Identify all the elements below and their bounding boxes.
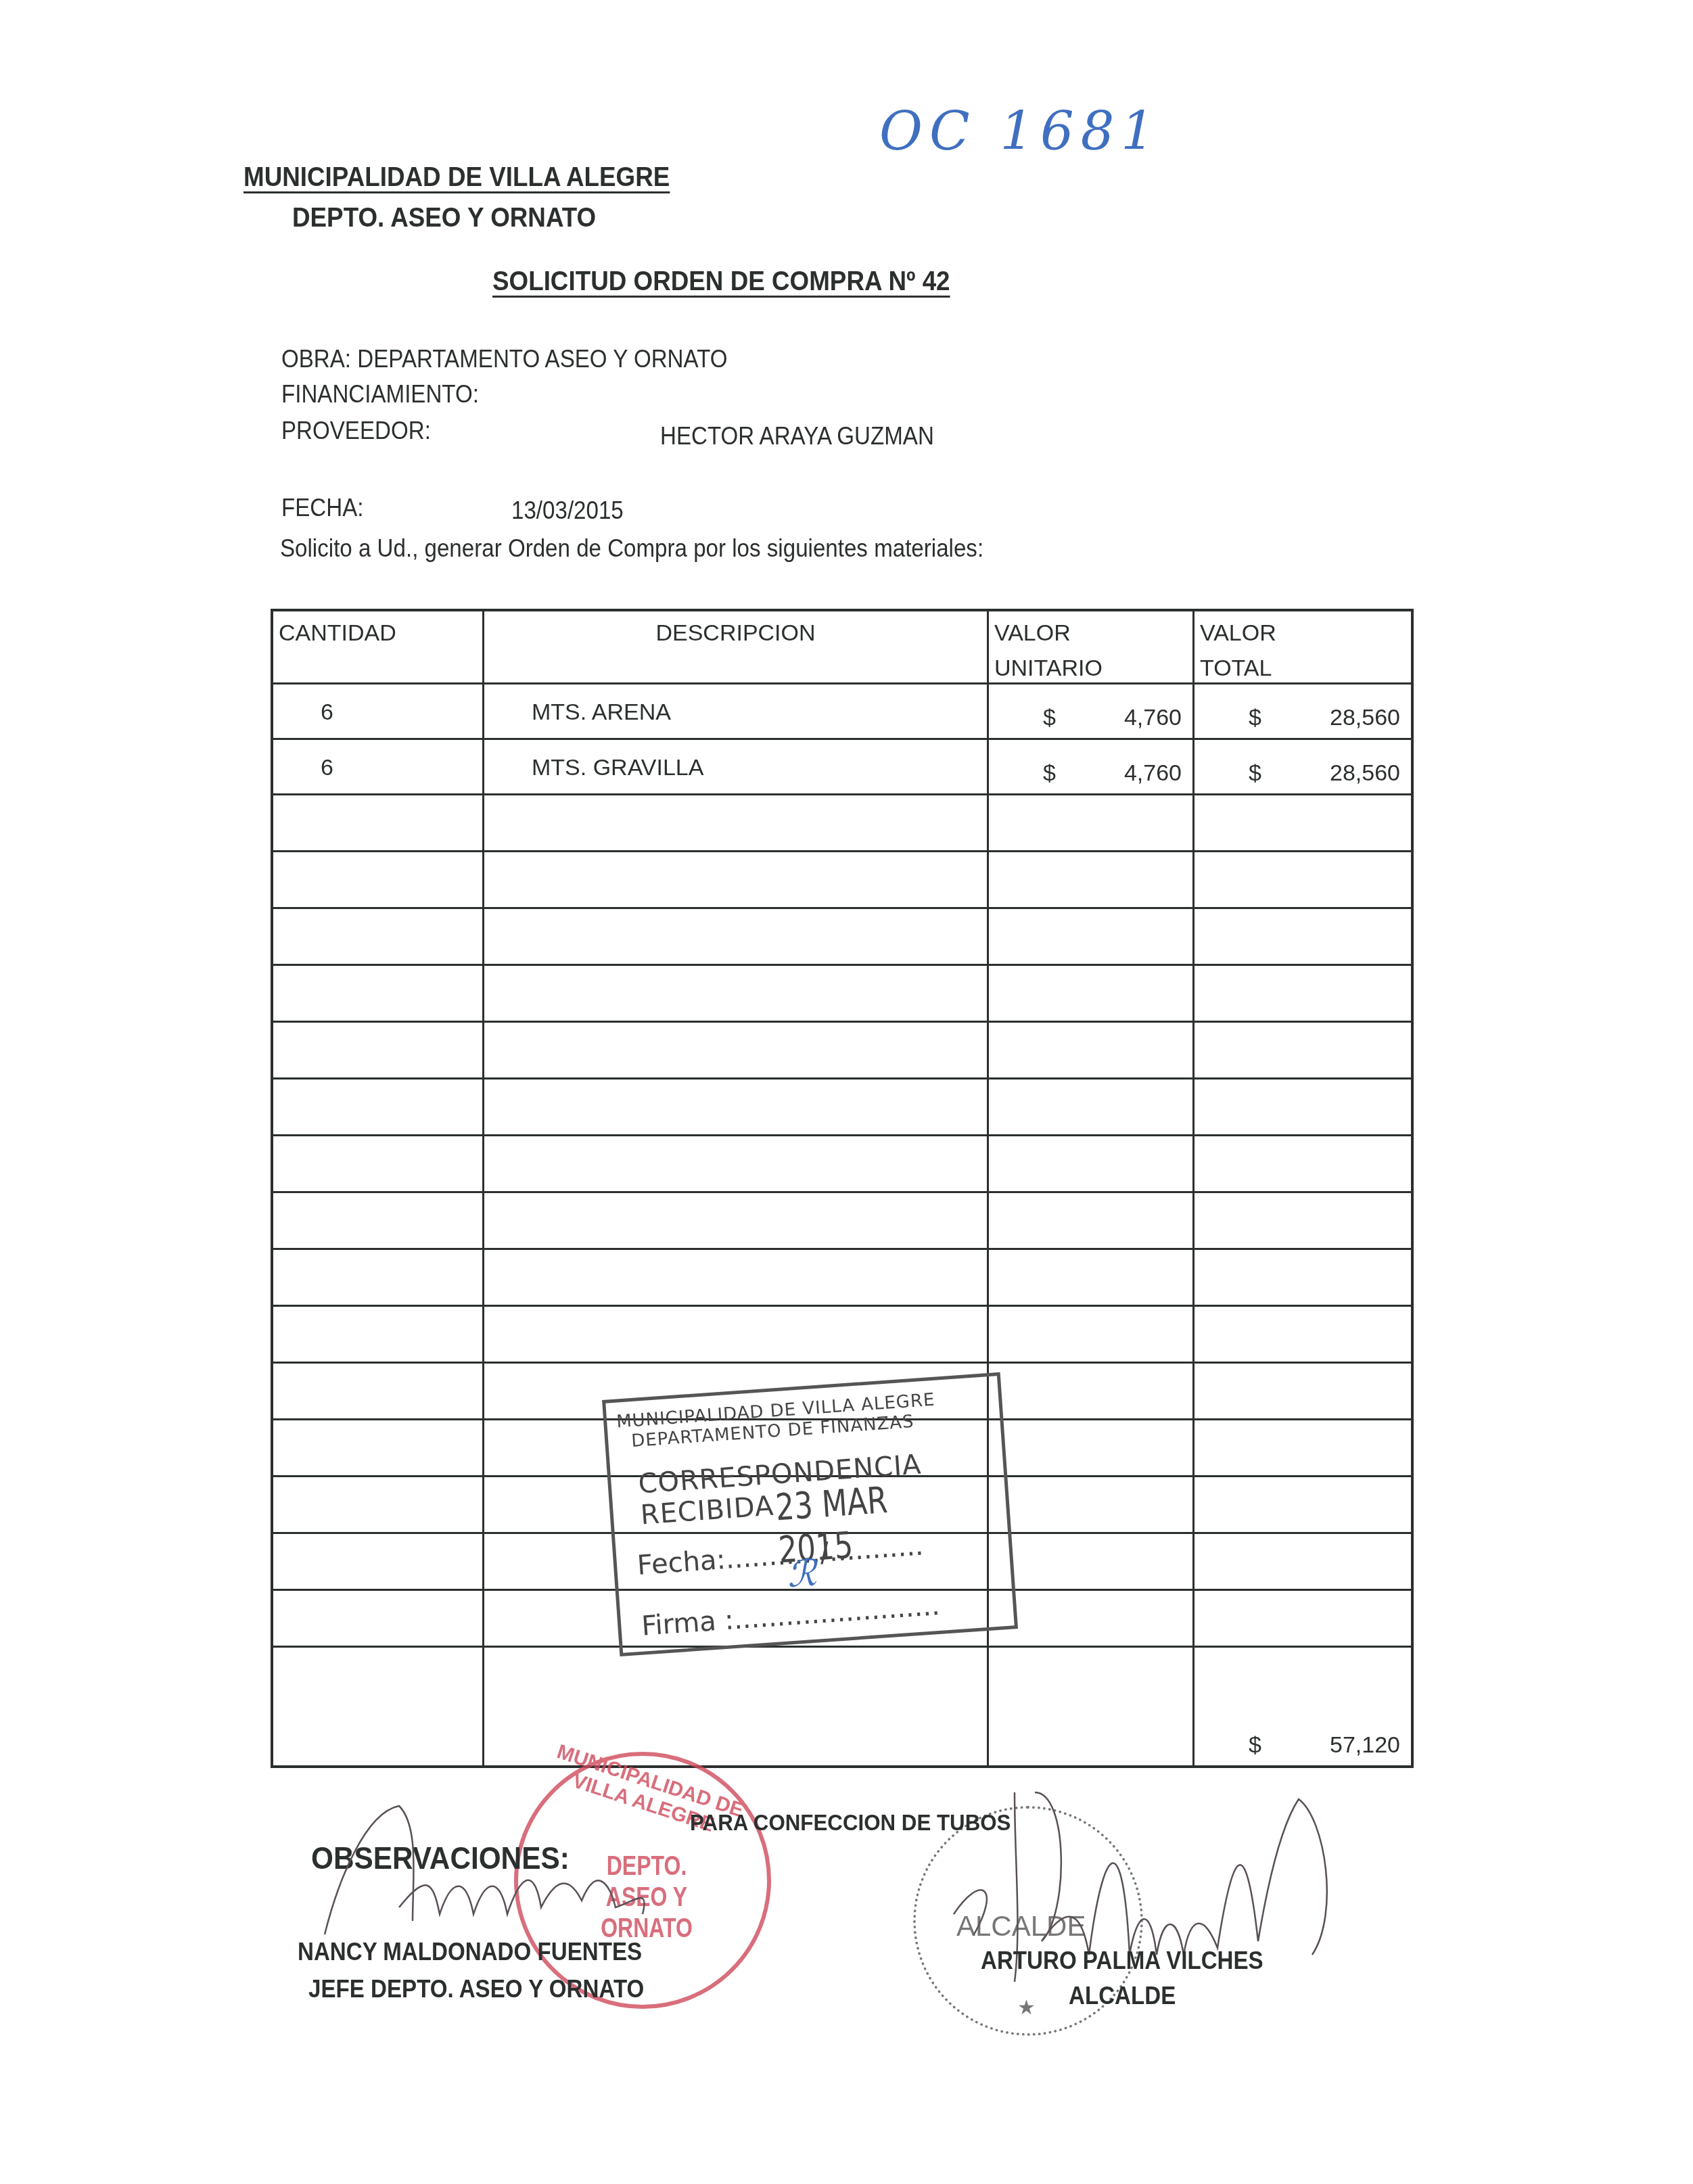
- cell-empty: [273, 1079, 484, 1134]
- table-row: 6 MTS. GRAVILLA $4,760 $28,560: [273, 740, 1411, 795]
- cell-empty: [989, 1023, 1195, 1077]
- cell-empty: [1195, 1364, 1411, 1418]
- stamp-signature-icon: ℛ: [785, 1552, 817, 1596]
- cell-empty: [989, 1307, 1195, 1362]
- table-header-row: CANTIDAD DESCRIPCION VALOR UNITARIO VALO…: [273, 611, 1411, 684]
- cell-empty: [1195, 966, 1411, 1021]
- cell-empty: [1195, 795, 1411, 850]
- table-row-empty: [273, 1307, 1411, 1364]
- cell-empty: [989, 1250, 1195, 1305]
- signatory-1-name: NANCY MALDONADO FUENTES: [298, 1938, 642, 1966]
- cell-empty: [273, 1704, 484, 1765]
- header-valor-unitario: VALOR UNITARIO: [989, 611, 1195, 682]
- cell-empty: [273, 1477, 484, 1532]
- header-valor-total-line2: TOTAL: [1200, 651, 1406, 686]
- cell-valor-unitario: $4,760: [989, 740, 1195, 793]
- fecha-label: FECHA:: [281, 494, 363, 522]
- cell-empty: [1195, 1648, 1411, 1704]
- handwritten-reference-number: OC 1681: [879, 101, 1161, 162]
- cell-empty: [273, 1534, 484, 1589]
- cell-empty: [1195, 1193, 1411, 1248]
- cell-empty: [273, 1250, 484, 1305]
- received-stamp: MUNICIPALIDAD DE VILLA ALEGRE DEPARTAMEN…: [602, 1372, 1018, 1656]
- cell-empty: [273, 1307, 484, 1362]
- table-row-empty: [273, 909, 1411, 966]
- row-description: MTS. ARENA: [532, 699, 671, 726]
- cell-empty: [1195, 1477, 1411, 1532]
- cell-empty: [989, 1704, 1195, 1765]
- total-row: $57,120: [273, 1704, 1411, 1765]
- row-quantity: 6: [321, 699, 333, 726]
- cell-empty: [484, 1648, 989, 1704]
- table-row-empty: [273, 852, 1411, 909]
- cell-empty: [273, 1364, 484, 1418]
- star-icon: ★: [1017, 1996, 1036, 2020]
- cell-empty: [989, 909, 1195, 964]
- cell-empty: [484, 909, 989, 964]
- financiamiento-label: FINANCIAMIENTO:: [281, 380, 479, 409]
- currency-symbol: $: [1249, 705, 1261, 731]
- currency-symbol: $: [1249, 1732, 1261, 1759]
- row-unit-price: 4,760: [1124, 760, 1182, 787]
- header-valor-total-line1: VALOR: [1200, 615, 1406, 651]
- cell-empty: [273, 1136, 484, 1191]
- cell-empty: [273, 1420, 484, 1475]
- header-valor-unitario-line2: UNITARIO: [994, 651, 1187, 686]
- header-valor-unitario-line1: VALOR: [994, 615, 1187, 651]
- cell-empty: [989, 1136, 1195, 1191]
- cell-empty: [989, 1648, 1195, 1704]
- proveedor-value: HECTOR ARAYA GUZMAN: [660, 422, 934, 450]
- header-cantidad: CANTIDAD: [273, 611, 484, 682]
- table-row-empty: [273, 1250, 1411, 1307]
- stamp-firma: Firma :........................: [641, 1590, 941, 1642]
- cell-empty: [1195, 1591, 1411, 1646]
- table-row-empty: [273, 966, 1411, 1023]
- cell-empty: [273, 909, 484, 964]
- cell-empty: [484, 1023, 989, 1077]
- obra-value: DEPARTAMENTO ASEO Y ORNATO: [357, 345, 727, 373]
- cell-descripcion: MTS. GRAVILLA: [484, 740, 989, 793]
- cell-empty: [989, 1079, 1195, 1134]
- cell-empty: [1195, 1250, 1411, 1305]
- cell-cantidad: 6: [273, 740, 484, 793]
- table-row-empty: [273, 1023, 1411, 1079]
- signatory-2-name: ARTURO PALMA VILCHES: [981, 1947, 1263, 1975]
- document-title: SOLICITUD ORDEN DE COMPRA Nº 42: [492, 266, 950, 297]
- cell-empty: [1195, 909, 1411, 964]
- cell-empty: [1195, 1136, 1411, 1191]
- cell-empty: [989, 852, 1195, 907]
- currency-symbol: $: [1043, 705, 1056, 731]
- cell-empty: [1195, 1307, 1411, 1362]
- cell-empty: [484, 1250, 989, 1305]
- cell-empty: [484, 852, 989, 907]
- table-row: 6 MTS. ARENA $4,760 $28,560: [273, 684, 1411, 740]
- row-quantity: 6: [321, 755, 333, 781]
- table-row-empty: [273, 1079, 1411, 1136]
- grand-total: 57,120: [1330, 1732, 1400, 1759]
- table-row-empty: [273, 795, 1411, 852]
- organization-name: MUNICIPALIDAD DE VILLA ALEGRE: [243, 162, 670, 193]
- cell-empty: [989, 1193, 1195, 1248]
- cell-empty: [484, 795, 989, 850]
- obra-label: OBRA:: [281, 345, 351, 373]
- cell-empty: [273, 1193, 484, 1248]
- cell-empty: [273, 1023, 484, 1077]
- cell-cantidad: 6: [273, 684, 484, 738]
- cell-empty: [484, 1193, 989, 1248]
- table-row-empty: [273, 1136, 1411, 1193]
- cell-empty: [989, 795, 1195, 850]
- cell-empty: [1195, 1023, 1411, 1077]
- cell-valor-total: $28,560: [1195, 740, 1411, 793]
- cell-grand-total: $57,120: [1195, 1704, 1411, 1765]
- table-row-empty: [273, 1648, 1411, 1704]
- obra-field: OBRA: DEPARTAMENTO ASEO Y ORNATO: [281, 345, 728, 373]
- cell-valor-unitario: $4,760: [989, 684, 1195, 738]
- currency-symbol: $: [1043, 760, 1056, 787]
- cell-empty: [989, 966, 1195, 1021]
- currency-symbol: $: [1249, 760, 1261, 787]
- signatory-2-role: ALCALDE: [1069, 1982, 1176, 2010]
- row-unit-price: 4,760: [1124, 705, 1182, 731]
- cell-empty: [484, 1307, 989, 1362]
- fecha-value: 13/03/2015: [511, 496, 624, 525]
- cell-empty: [484, 1079, 989, 1134]
- header-valor-total: VALOR TOTAL: [1195, 611, 1411, 682]
- cell-empty: [273, 966, 484, 1021]
- cell-empty: [273, 1591, 484, 1646]
- cell-valor-total: $28,560: [1195, 684, 1411, 738]
- cell-empty: [989, 1534, 1195, 1589]
- header-descripcion: DESCRIPCION: [484, 611, 989, 682]
- cell-empty: [1195, 1534, 1411, 1589]
- signature-nancy-icon: [298, 1799, 703, 1948]
- cell-empty: [989, 1591, 1195, 1646]
- cell-empty: [1195, 852, 1411, 907]
- row-total-price: 28,560: [1330, 760, 1400, 787]
- cell-empty: [1195, 1420, 1411, 1475]
- cell-empty: [484, 966, 989, 1021]
- signatory-1-role: JEFE DEPTO. ASEO Y ORNATO: [308, 1975, 644, 2003]
- cell-empty: [989, 1420, 1195, 1475]
- table-row-empty: [273, 1193, 1411, 1250]
- cell-empty: [989, 1477, 1195, 1532]
- row-total-price: 28,560: [1330, 705, 1400, 731]
- proveedor-label: PROVEEDOR:: [281, 417, 431, 445]
- cell-descripcion: MTS. ARENA: [484, 684, 989, 738]
- row-description: MTS. GRAVILLA: [532, 755, 703, 781]
- cell-empty: [484, 1136, 989, 1191]
- cell-empty: [989, 1364, 1195, 1418]
- cell-empty: [273, 795, 484, 850]
- request-text: Solicito a Ud., generar Orden de Compra …: [280, 534, 983, 563]
- cell-empty: [273, 1648, 484, 1704]
- department-name: DEPTO. ASEO Y ORNATO: [292, 203, 596, 233]
- cell-empty: [1195, 1079, 1411, 1134]
- cell-empty: [273, 852, 484, 907]
